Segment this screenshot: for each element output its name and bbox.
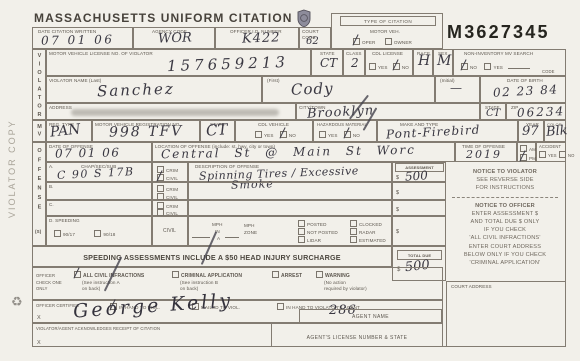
cdl-vehicle-cell: CDL VEHICLE YES NO <box>235 120 313 142</box>
court-code-value: 62 <box>306 36 319 47</box>
notice-divider <box>452 197 558 198</box>
court-code-cell: COURT CODE 62 <box>299 27 331 49</box>
dob-cell: DATE OF BIRTH 02 23 84 <box>480 76 566 103</box>
type-of-citation-label: TYPE OF CITATION <box>341 19 435 25</box>
notice-to-violator: NOTICE TO VIOLATOR SEE REVERSE SIDE FOR … <box>448 168 562 192</box>
name-initial-value: — <box>450 81 462 95</box>
license-state-value: CT <box>320 56 337 70</box>
chap-c-cell: C. <box>46 200 152 216</box>
sex-value: M <box>437 53 451 69</box>
agent-license-label: AGENT'S LICENSE NUMBER & STATE <box>272 335 442 341</box>
pm-option: PM <box>519 154 536 162</box>
cdl-license-label: CDL LICENSE <box>372 51 403 57</box>
search-code-label: CODE <box>542 69 555 74</box>
address-redacted-smudge <box>71 109 279 116</box>
assess-d-cell: $ <box>392 216 446 246</box>
dollar-d: $ <box>396 229 399 236</box>
all-civil-note1: (See instruction A <box>82 280 120 286</box>
type-citation-options: OPER OWNER <box>352 38 412 46</box>
owner-checkbox <box>385 38 392 45</box>
warning-note2: required by violator) <box>324 286 367 292</box>
violator-signature-x: X <box>37 340 41 347</box>
ack-label: VIOLATOR/AGENT ACKNOWLEDGES RECEIPT OF C… <box>36 326 160 331</box>
row-b-letter: B. <box>49 184 54 190</box>
color-cell: COLOR Blk <box>544 120 566 142</box>
cdl-veh-no-checkbox <box>280 131 287 138</box>
officer-id-value: K422 <box>242 30 281 46</box>
dollar-a: $ <box>396 175 399 182</box>
agent-name-box: AGENT NAME <box>299 309 442 323</box>
statute-9017-checkbox <box>54 230 61 237</box>
zone-label: ZONE <box>244 230 257 236</box>
accident-label: ACCIDENT <box>539 144 561 149</box>
estimated-checkbox <box>350 236 357 243</box>
dob-value: 02 23 84 <box>493 82 559 99</box>
warning-checkbox <box>316 271 323 278</box>
warning-option: WARNING <box>315 271 350 279</box>
offense-date-value: 07 01 06 <box>55 145 121 160</box>
desc-a-cell: DESCRIPTION OF OFFENSE Spinning Tires / … <box>188 162 392 182</box>
all-civil-checkbox <box>74 271 81 278</box>
surcharge-banner: SPEEDING ASSESSMENTS INCLUDE A $50 HEAD … <box>32 246 392 267</box>
speeding-statute-options: 90/17 90/18 <box>53 230 115 238</box>
officer-id-cell: OFFICER I.D. NUMBER K422 <box>215 27 299 49</box>
accident-cell: ACCIDENT YES NO <box>536 142 566 162</box>
name-last-value: Sanchez <box>97 80 175 101</box>
date-written-cell: DATE CITATION WRITTEN 07 01 06 <box>32 27 133 49</box>
criminal-note1: (See instruction B <box>180 280 218 286</box>
reg-no-value: 998 TFV <box>109 123 184 140</box>
name-last-label: VIOLATOR NAME (Last) <box>49 78 101 84</box>
accident-no-checkbox <box>559 151 566 158</box>
in-hand-agent-checkbox <box>277 303 284 310</box>
cdl-license-options: YES NO <box>368 63 409 71</box>
date-written-value: 07 01 06 <box>41 32 115 47</box>
mph2-label: MPH <box>244 223 255 229</box>
year-value: 97 <box>522 124 539 139</box>
crim-b-cell: CRIM CIVIL <box>152 182 188 200</box>
not-posted-checkbox <box>298 228 305 235</box>
hazmat-yes-checkbox <box>319 131 326 138</box>
offense-tab: OFFENSE (S) <box>32 142 46 246</box>
arrest-option: ARREST <box>271 271 302 279</box>
criminal-note2: on back) <box>180 286 198 292</box>
row-c-letter: C. <box>49 202 54 208</box>
agency-code-value: WOR <box>158 30 192 46</box>
ampm-cell: AM PM <box>517 142 536 162</box>
radar-checkbox <box>350 228 357 235</box>
dollar-c: $ <box>396 207 399 214</box>
officer-signature-x: X <box>37 315 41 322</box>
year-cell: YEAR 97 <box>518 120 544 142</box>
city-value: Brooklyn <box>307 103 375 121</box>
speeding-label: D. SPEEDING <box>49 218 80 224</box>
type-of-citation-box: TYPE OF CITATION MOTOR VEH. OPER OWNER <box>331 13 443 49</box>
addr-state-value: CT <box>486 108 500 119</box>
license-state-cell: STATE CT <box>311 49 343 76</box>
offense-tab-label: OFFENSE <box>36 148 42 214</box>
reg-type-cell: REG. TYPE PAN <box>46 120 92 142</box>
reg-no-cell: MOTOR VEHICLE REGISTRATION NO. 998 TFV <box>92 120 200 142</box>
civil-b-checkbox <box>157 193 164 200</box>
posted-checkbox <box>298 220 305 227</box>
civil-a-option: CIVIL <box>156 174 178 182</box>
cdl-yes-checkbox <box>369 63 376 70</box>
mv-tab-label: MV <box>36 124 42 139</box>
reg-type-value: PAN <box>49 121 81 140</box>
assess-a-cell: ASSESSMENT $ 500 <box>392 162 446 182</box>
posted-option: POSTED <box>297 220 327 228</box>
sex-cell: SEX M <box>433 49 453 76</box>
row-a-letter: A. <box>49 164 54 170</box>
license-cell: MOTOR VEHICLE LICENSE NO. OF VIOLATOR 15… <box>46 49 311 76</box>
clocked-option: CLOCKED <box>349 220 382 228</box>
zip-value: 06234 <box>517 104 566 120</box>
agent-license-box: AGENT'S LICENSE NUMBER & STATE <box>271 323 443 347</box>
cdl-no-checkbox <box>393 63 400 70</box>
pm-checkbox <box>520 154 527 161</box>
race-cell: RACE H <box>413 49 433 76</box>
motor-veh-label: MOTOR VEH. <box>370 29 400 35</box>
search-yes-checkbox <box>484 63 491 70</box>
license-value: 157659213 <box>167 53 289 75</box>
hazmat-label: HAZARDOUS MATERIAL <box>317 122 367 127</box>
zone-blank <box>225 237 239 238</box>
criminal-option: CRIMINAL APPLICATION <box>171 271 242 279</box>
reg-state-cell: STATE CT <box>200 120 235 142</box>
crim-b-option: CRIM <box>156 185 178 193</box>
crim-a-cell: CRIM CIVIL <box>152 162 188 182</box>
zip-cell: ZIP 06234 <box>506 103 566 120</box>
search-code-blank <box>508 63 530 69</box>
make-cell: MAKE AND TYPE Pont-Firebird <box>377 120 518 142</box>
not-posted-option: NOT POSTED <box>297 228 338 236</box>
agent-name-label: AGENT NAME <box>300 314 441 320</box>
type-of-citation-title-box: TYPE OF CITATION <box>340 16 436 26</box>
race-value: H <box>418 53 430 69</box>
offense-location-cell: LOCATION OF OFFENSE (include: st, hwy, c… <box>152 142 455 162</box>
speeding-civil-label: CIVIL <box>163 228 176 234</box>
recycle-icon: ♻ <box>11 294 23 310</box>
address-label: ADDRESS <box>49 105 72 111</box>
officer-check-row: OFFICER CHECK ONE ONLY ALL CIVIL INFRACT… <box>32 267 443 300</box>
offense-tab-s: (S) <box>35 229 41 235</box>
estimated-option: ESTIMATED <box>349 236 386 244</box>
am-option: AM <box>519 145 536 153</box>
cdl-vehicle-options: YES NO <box>254 131 296 139</box>
desc-b-cell <box>188 182 392 200</box>
criminal-checkbox <box>172 271 179 278</box>
dollar-b: $ <box>396 190 399 197</box>
violator-tab-label: VIOLATOR <box>36 53 42 120</box>
court-address-label: COURT ADDRESS <box>451 284 492 290</box>
address-cell: ADDRESS <box>46 103 296 120</box>
search-no-checkbox <box>461 63 468 70</box>
crim-c-cell: CRIM CIVIL <box>152 200 188 216</box>
offense-time-value: 2019 <box>466 148 502 161</box>
surcharge-banner-text: SPEEDING ASSESSMENTS INCLUDE A $50 HEAD … <box>33 253 391 262</box>
lidar-checkbox <box>298 236 305 243</box>
violator-tab: VIOLATOR <box>32 49 46 120</box>
reg-state-value: CT <box>205 120 228 139</box>
clocked-checkbox <box>350 220 357 227</box>
accident-options: YES NO <box>538 151 574 158</box>
name-first-label: (First) <box>267 78 280 84</box>
chap-a-value: C 90 S 17B <box>57 165 135 182</box>
speeding-cell: D. SPEEDING 90/17 90/18 <box>46 216 152 246</box>
license-label: MOTOR VEHICLE LICENSE NO. OF VIOLATOR <box>49 51 153 57</box>
statute-9018-checkbox <box>94 230 101 237</box>
crim-b-checkbox <box>157 185 164 192</box>
agency-code-cell: AGENCY CODE WOR <box>133 27 215 49</box>
city-cell: CITY/TOWN Brooklyn <box>296 103 480 120</box>
assess-b-cell: $ <box>392 182 446 200</box>
name-initial-cell: (Initial) — <box>435 76 480 103</box>
color-value: Blk <box>545 123 568 140</box>
hazmat-no-checkbox <box>344 131 351 138</box>
lidar-option: LIDAR <box>297 236 321 244</box>
civil-c-checkbox <box>157 209 164 216</box>
hazmat-options: YES NO <box>318 131 360 139</box>
officer-certifies-row: OFFICER CERTIFIES IN HAND TO VIOL. MAILE… <box>32 300 443 323</box>
all-civil-note2: on back) <box>82 286 100 292</box>
mph-label: MPH <box>212 222 223 228</box>
chap-a-cell: A. CHAP/SEC/SUB C 90 S 17B <box>46 162 152 182</box>
offense-time-cell: TIME OF OFFENSE 2019 <box>455 142 517 162</box>
name-first-cell: (First) Cody <box>262 76 435 103</box>
form-title: MASSACHUSETTS UNIFORM CITATION <box>34 11 293 25</box>
name-last-cell: VIOLATOR NAME (Last) Sanchez <box>46 76 262 103</box>
mv-search-cell: NON-INVENTORY MV SEARCH NO YES CODE <box>453 49 566 76</box>
total-due-label: TOTAL DUE <box>398 253 441 258</box>
court-address-box: COURT ADDRESS <box>446 281 566 347</box>
name-first-value: Cody <box>291 79 334 98</box>
speed-blank <box>192 237 210 238</box>
radar-option: RADAR <box>349 228 376 236</box>
mv-tab: MV <box>32 120 46 142</box>
warning-note1: (No action <box>324 280 346 286</box>
speeding-detail-cell: MPH IN A MPH ZONE POSTED NOT POSTED LIDA… <box>188 216 392 246</box>
assess-c-cell: $ <box>392 200 446 216</box>
chap-b-cell: B. <box>46 182 152 200</box>
officer-check-label: OFFICER CHECK ONE ONLY <box>36 273 70 293</box>
acknowledgement-row: VIOLATOR/AGENT ACKNOWLEDGES RECEIPT OF C… <box>32 323 443 347</box>
addr-state-cell: STATE CT <box>480 103 506 120</box>
license-class-cell: CLASS 2 <box>343 49 365 76</box>
oper-checkbox <box>353 38 360 45</box>
speeding-civil-cell: CIVIL <box>152 216 188 246</box>
offense-date-cell: DATE OF OFFENSE 07 01 06 <box>46 142 152 162</box>
cdl-veh-yes-checkbox <box>255 131 262 138</box>
citation-number: M3627345 <box>447 22 550 43</box>
arrest-checkbox <box>272 271 279 278</box>
mv-search-label: NON-INVENTORY MV SEARCH <box>464 51 533 57</box>
desc-c-cell <box>188 200 392 216</box>
citation-scan: VIOLATOR COPY ♻ MASSACHUSETTS UNIFORM CI… <box>0 0 580 361</box>
crim-c-checkbox <box>157 202 164 209</box>
civil-a-checkbox <box>157 174 164 181</box>
copy-label: VIOLATOR COPY <box>7 119 17 218</box>
notice-to-officer: NOTICE TO OFFICER ENTER ASSESSMENT $ AND… <box>446 202 564 267</box>
license-class-value: 2 <box>351 56 359 70</box>
mv-search-options: NO YES <box>460 63 530 71</box>
accident-yes-checkbox <box>539 151 546 158</box>
cdl-license-cell: CDL LICENSE YES NO <box>365 49 413 76</box>
a-label: A <box>217 236 220 242</box>
